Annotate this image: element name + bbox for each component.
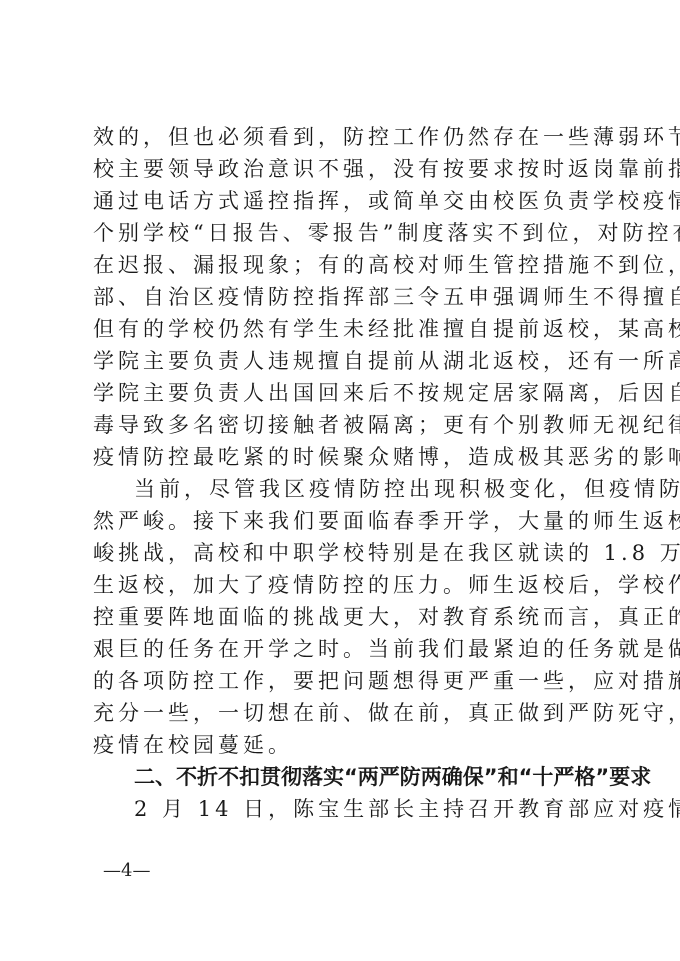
text-line: 部、自治区疫情防控指挥部三令五申强调师生不得擅自提前返校， <box>93 281 593 313</box>
paragraph-current-situation: 当前，尽管我区疫情防控出现积极变化，但疫情防控形势仍 然严峻。接下来我们要面临春… <box>93 473 595 761</box>
section-heading: 二、不折不扣贯彻落实“两严防两确保”和“十严格”要求 <box>93 761 593 793</box>
document-page: 效的，但也必须看到，防控工作仍然存在一些薄弱环节。有的学 校主要领导政治意识不强… <box>0 0 680 961</box>
page-number: —4— <box>103 858 150 884</box>
paragraph-weak-links: 效的，但也必须看到，防控工作仍然存在一些薄弱环节。有的学 校主要领导政治意识不强… <box>93 121 595 473</box>
text-line: 个别学校“日报告、零报告”制度落实不到位，对防控有关情况存 <box>93 217 593 249</box>
text-line: 当前，尽管我区疫情防控出现积极变化，但疫情防控形势仍 <box>93 473 593 505</box>
paragraph-meeting: 2 月 14 日，陈宝生部长主持召开教育部应对疫情工作领导 <box>93 793 595 825</box>
text-line: 峻挑战，高校和中职学校特别是在我区就读的 1.8 万名湖北籍学 <box>93 537 593 569</box>
text-line: 但有的学校仍然有学生未经批准擅自提前返校，某高校一位二级 <box>93 313 593 345</box>
text-line: 2 月 14 日，陈宝生部长主持召开教育部应对疫情工作领导 <box>93 793 593 825</box>
text-line: 充分一些，一切想在前、做在前，真正做到严防死守，坚决防止 <box>93 697 593 729</box>
text-line: 控重要阵地面临的挑战更大，对教育系统而言，真正的考验、更 <box>93 601 593 633</box>
text-line: 学院主要负责人出国回来后不按规定居家隔离，后因自身感染病 <box>93 377 593 409</box>
text-line: 通过电话方式遥控指挥，或简单交由校医负责学校疫情防控工作； <box>93 185 593 217</box>
text-line: 艰巨的任务在开学之时。当前我们最紧迫的任务就是做好开学前 <box>93 633 593 665</box>
text-line: 疫情防控最吃紧的时候聚众赌博，造成极其恶劣的影响。 <box>93 441 593 473</box>
text-line: 在迟报、漏报现象；有的高校对师生管控措施不到位，尽管教育 <box>93 249 593 281</box>
text-line: 效的，但也必须看到，防控工作仍然存在一些薄弱环节。有的学 <box>93 121 593 153</box>
text-line: 然严峻。接下来我们要面临春季开学，大量的师生返校将带来严 <box>93 505 593 537</box>
text-line: 毒导致多名密切接触者被隔离；更有个别教师无视纪律规定，在 <box>93 409 593 441</box>
text-line: 疫情在校园蔓延。 <box>93 729 593 761</box>
body-text: 效的，但也必须看到，防控工作仍然存在一些薄弱环节。有的学 校主要领导政治意识不强… <box>93 121 595 825</box>
text-line: 学院主要负责人违规擅自提前从湖北返校，还有一所高校的二级 <box>93 345 593 377</box>
text-line: 生返校，加大了疫情防控的压力。师生返校后，学校作为疫情防 <box>93 569 593 601</box>
text-line: 的各项防控工作，要把问题想得更严重一些，应对措施准备得更 <box>93 665 593 697</box>
text-line: 校主要领导政治意识不强，没有按要求按时返岗靠前指挥，仅是 <box>93 153 593 185</box>
